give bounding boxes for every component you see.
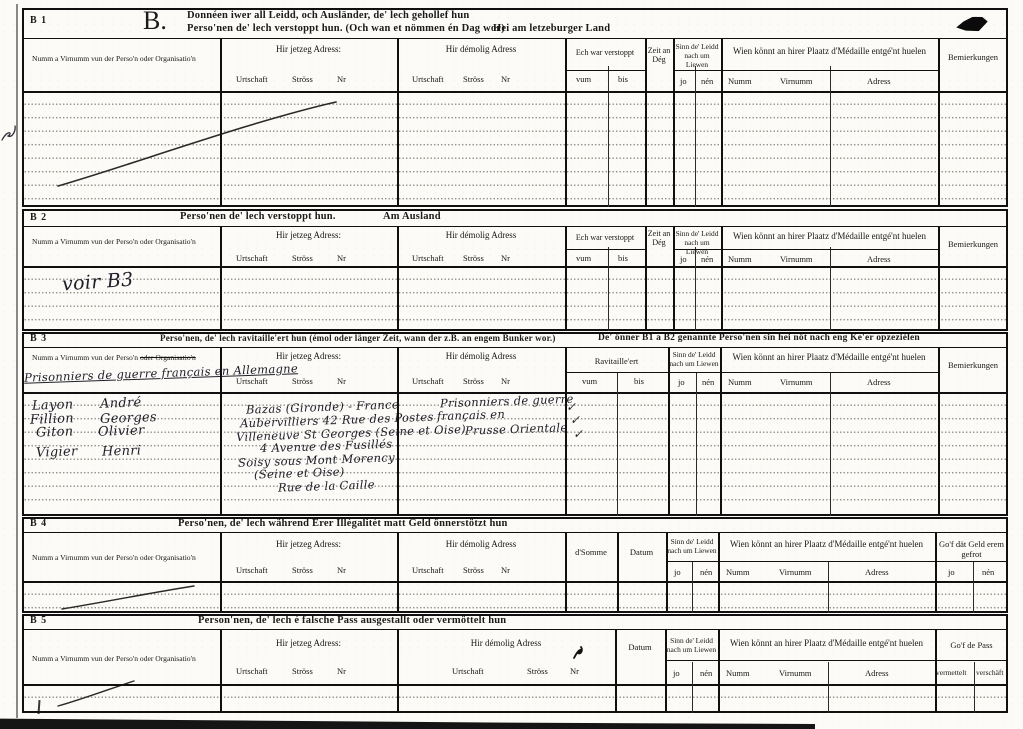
subcol-stross: Ströss (527, 666, 548, 676)
grid-line (565, 70, 645, 71)
subcol-vermettelt: vermettelt (936, 668, 966, 677)
col-header-former-address: Hir démolig Adress (397, 638, 615, 648)
col-header-remarks: Bemierkungen (938, 360, 1008, 370)
col-header-medaille: Wien könnt an hirer Plaatz d'Médaille en… (721, 46, 938, 56)
subcol-nen: nén (700, 567, 712, 577)
grid-line (608, 66, 609, 207)
name-header-plain: Numm a Virnumm vun der Perso'n (32, 353, 138, 362)
subcol-nen: nén (982, 567, 994, 577)
grid-line (828, 662, 829, 713)
subcol-nr: Nr (570, 666, 579, 676)
grid-line (22, 581, 1008, 583)
col-header-name: Numm a Virnumm vun der Perso'n oder Orga… (32, 54, 196, 63)
subcol-urtschaft: Urtschaft (236, 253, 268, 263)
subcol-numm: Numm (728, 254, 752, 264)
grid-line (828, 561, 829, 613)
grid-line (695, 66, 696, 207)
section-title-part2: De' önner B1 a B2 genannte Perso'nen sin… (598, 333, 920, 343)
subcol-nr: Nr (337, 666, 346, 676)
ruled-rows (24, 268, 1006, 327)
subcol-nr: Nr (337, 253, 346, 263)
section-b4: B 4 Perso'nen, de' lech während Erer Ill… (22, 517, 1010, 613)
subcol-stross: Ströss (292, 376, 313, 386)
grid-line (673, 70, 721, 71)
grid-line (220, 226, 222, 331)
subcol-nen: nén (702, 377, 714, 387)
subcol-urtschaft: Urtschaft (236, 74, 268, 84)
grid-line (397, 532, 399, 613)
grid-line (645, 226, 647, 331)
grid-line (608, 247, 609, 331)
grid-line (22, 332, 24, 516)
grid-line (696, 372, 697, 516)
section-title: Person'nen, de' lech é falsche Pass ausg… (198, 615, 506, 626)
grid-line (22, 614, 24, 713)
grid-line (718, 561, 935, 562)
col-header-current-address: Hir jetzeg Adress: (220, 638, 397, 648)
section-b5: B 5 Person'nen, de' lech é falsche Pass … (22, 614, 1010, 713)
grid-line (397, 629, 399, 713)
grid-line (22, 329, 1008, 331)
grid-line (22, 684, 1008, 686)
grid-line (617, 532, 619, 613)
col-header-name: Numm a Virnumm vun der Perso'n oder Orga… (32, 237, 196, 246)
col-header-datum: Datum (617, 547, 666, 557)
margin-handwriting-mark (0, 116, 18, 146)
subcol-virnumm: Virnumm (780, 254, 813, 264)
grid-line (830, 247, 831, 331)
grid-line (565, 38, 567, 207)
subcol-jo: jo (674, 567, 681, 577)
col-header-ravitailleert: Ravitaille'ert (565, 356, 668, 366)
grid-line (22, 266, 1008, 268)
grid-line (397, 347, 399, 516)
entry-firstname: André (100, 395, 142, 411)
section-title: Perso'nen, de' lech während Erer Illégal… (178, 518, 508, 529)
grid-line (665, 660, 718, 661)
subcol-urtschaft: Urtschaft (236, 565, 268, 575)
grid-line (1006, 614, 1008, 713)
grid-line (22, 8, 1008, 10)
section-title-part1: Perso'nen, de' lech ravitaille'ert hun (… (160, 333, 556, 343)
section-id: B 1 (30, 15, 47, 26)
col-header-zeit: Zeit an Dég (645, 46, 673, 64)
subcol-numm: Numm (726, 668, 750, 678)
col-header-remarks: Bemierkungen (938, 239, 1008, 249)
subcol-stross: Ströss (463, 376, 484, 386)
grid-line (397, 38, 399, 207)
grid-line (692, 662, 693, 713)
col-header-alive: Sinn de' Leidd nach um Liewen (668, 350, 720, 368)
grid-line (666, 532, 668, 613)
subcol-urtschaft: Urtschaft (236, 376, 268, 386)
grid-line (718, 660, 935, 661)
subcol-jo: jo (680, 254, 687, 264)
section-id: B 3 (30, 333, 47, 344)
subcol-jo: jo (948, 567, 955, 577)
grid-line (220, 347, 222, 516)
subcol-bis: bis (618, 253, 628, 263)
page-edge-line (16, 4, 18, 718)
subcol-adress: Adress (867, 76, 891, 86)
subcol-numm: Numm (728, 377, 752, 387)
grid-line (22, 614, 1008, 616)
subcol-stross: Ströss (292, 666, 313, 676)
subcol-nr: Nr (501, 74, 510, 84)
ruled-rows (24, 394, 1006, 512)
entry-checkmark: ✓ (570, 413, 581, 427)
entry-checkmark: ✓ (573, 427, 584, 441)
grid-line (22, 226, 1008, 227)
section-title-location: Am Ausland (383, 211, 441, 222)
col-header-current-address: Hir jetzeg Adress: (220, 230, 397, 240)
subcol-urtschaft: Urtschaft (452, 666, 484, 676)
grid-line (22, 611, 1008, 613)
grid-line (22, 517, 24, 613)
subcol-jo: jo (673, 668, 680, 678)
grid-line (1006, 8, 1008, 207)
section-title-location: Hei am letzeburger Land (493, 23, 610, 34)
grid-line (673, 38, 675, 207)
grid-line (22, 332, 1008, 334)
subcol-vum: vum (582, 376, 597, 386)
grid-line (938, 38, 940, 207)
grid-line (721, 70, 938, 71)
grid-line (935, 629, 937, 713)
subcol-virnumm: Virnumm (779, 668, 812, 678)
subcol-bis: bis (634, 376, 644, 386)
grid-line (668, 372, 720, 373)
crossed-out-stroke (52, 676, 142, 710)
section-b1: B 1 B. Donnéen iwer all Leidd, och Auslä… (22, 8, 1010, 207)
subcol-nr: Nr (337, 565, 346, 575)
subcol-verschaft: verschäft (976, 668, 1003, 677)
col-header-datum: Datum (615, 642, 665, 652)
col-header-name: Numm a Virnumm vun der Perso'n oder Orga… (32, 553, 196, 562)
subcol-bis: bis (618, 74, 628, 84)
ruled-rows (24, 686, 1006, 709)
col-header-hidden: Ech war verstoppt (565, 48, 645, 57)
subcol-stross: Ströss (292, 565, 313, 575)
section-title-line1: Donnéen iwer all Leidd, och Ausländer, d… (187, 10, 469, 21)
grid-line (565, 226, 567, 331)
grid-line (22, 392, 1008, 394)
section-title: Perso'nen de' lech verstoppt hun. (180, 211, 336, 222)
grid-line (695, 247, 696, 331)
grid-line (22, 205, 1008, 207)
entry-surname: Vigier (36, 444, 78, 460)
grid-line (22, 347, 1008, 348)
col-header-gof-geld: Go'f dät Geld erem gefrot (935, 539, 1008, 559)
grid-line (935, 532, 937, 613)
subcol-jo: jo (680, 76, 687, 86)
col-header-zeit: Zeit an Dég (645, 229, 673, 247)
subcol-adress: Adress (867, 254, 891, 264)
grid-line (935, 561, 1008, 562)
col-header-hidden: Ech war verstoppt (565, 233, 645, 242)
grid-line (935, 660, 1008, 661)
crossed-out-stroke (48, 94, 348, 194)
grid-line (615, 629, 617, 713)
subcol-urtschaft: Urtschaft (412, 376, 444, 386)
grid-line (220, 38, 222, 207)
grid-line (645, 38, 647, 207)
section-id: B 4 (30, 518, 47, 529)
subcol-nen: nén (701, 254, 713, 264)
subcol-jo: jo (678, 377, 685, 387)
grid-line (1006, 517, 1008, 613)
col-header-current-address: Hir jetzeg Adress: (220, 539, 397, 549)
grid-line (938, 226, 940, 331)
grid-line (22, 8, 24, 207)
subcol-virnumm: Virnumm (779, 567, 812, 577)
grid-line (720, 372, 938, 373)
subcol-stross: Ströss (463, 74, 484, 84)
col-header-medaille: Wien könnt an hirer Plaatz d'Médaille en… (721, 231, 938, 241)
grid-line (938, 347, 940, 516)
subcol-urtschaft: Urtschaft (412, 253, 444, 263)
col-header-former-address: Hir démolig Adress (397, 230, 565, 240)
grid-line (974, 662, 975, 713)
col-header-alive: Sinn de' Leidd nach um Liewen (665, 636, 718, 654)
section-b2: B 2 Perso'nen de' lech verstoppt hun. Am… (22, 209, 1010, 331)
grid-line (22, 711, 1008, 713)
grid-line (721, 226, 723, 331)
grid-line (397, 226, 399, 331)
grid-line (673, 249, 721, 250)
grid-line (565, 532, 567, 613)
col-header-medaille: Wien könnt an hirer Plaatz d'Médaille en… (718, 539, 935, 549)
col-header-former-address: Hir démolig Adress (397, 351, 565, 361)
subcol-urtschaft: Urtschaft (236, 666, 268, 676)
subcol-numm: Numm (728, 76, 752, 86)
subcol-nen: nén (700, 668, 712, 678)
subcol-vum: vum (576, 74, 591, 84)
entry-firstname: Olivier (98, 423, 145, 440)
entry-former-address: français en (437, 407, 506, 423)
grid-line (830, 372, 831, 516)
subcol-numm: Numm (726, 567, 750, 577)
section-title-line2: Perso'nen de' lech verstoppt hun. (Och w… (187, 23, 505, 34)
grid-line (673, 226, 675, 331)
grid-line (830, 66, 831, 207)
col-header-name: Numm a Virnumm vun der Perso'n oder Orga… (32, 654, 196, 663)
section-id: B 2 (30, 212, 47, 223)
col-header-alive: Sinn de' Leidd nach um Liewen (666, 537, 718, 555)
grid-line (617, 372, 618, 516)
grid-line (22, 532, 1008, 533)
subcol-urtschaft: Urtschaft (412, 74, 444, 84)
subcol-adress: Adress (867, 377, 891, 387)
grid-line (22, 209, 24, 331)
subcol-adress: Adress (865, 567, 889, 577)
col-header-current-address: Hir jetzeg Adress: (220, 351, 397, 361)
name-header-struck: oder Organisatio'n (140, 353, 196, 362)
grid-line (22, 91, 1008, 93)
entry-firstname: Henri (102, 443, 142, 459)
grid-line (22, 514, 1008, 516)
grid-line (22, 517, 1008, 519)
col-header-former-address: Hir démolig Adress (397, 44, 565, 54)
col-header-current-address: Hir jetzeg Adress: (220, 44, 397, 54)
big-letter-b: B. (143, 6, 167, 36)
col-header-former-address: Hir démolig Adress (397, 539, 565, 549)
col-header-remarks: Bemierkungen (938, 52, 1008, 62)
subcol-urtschaft: Urtschaft (412, 565, 444, 575)
scanned-form-page: B 1 B. Donnéen iwer all Leidd, och Auslä… (0, 0, 1023, 729)
col-header-name: Numm a Virnumm vun der Perso'n oder Orga… (32, 353, 196, 362)
col-header-medaille: Wien könnt an hirer Plaatz d'Médaille en… (718, 638, 935, 648)
section-b3: B 3 Perso'nen, de' lech ravitaille'ert h… (22, 332, 1010, 516)
grid-line (22, 209, 1008, 211)
grid-line (220, 532, 222, 613)
col-header-somme: d'Somme (565, 547, 617, 557)
col-header-medaille: Wien könnt an hirer Plaatz d'Médaille en… (720, 352, 938, 362)
grid-line (1006, 332, 1008, 516)
subcol-nen: nén (701, 76, 713, 86)
subcol-stross: Ströss (463, 565, 484, 575)
subcol-stross: Ströss (292, 253, 313, 263)
grid-line (718, 532, 720, 613)
grid-line (1006, 209, 1008, 331)
grid-line (22, 629, 1008, 630)
grid-line (692, 561, 693, 613)
subcol-virnumm: Virnumm (780, 377, 813, 387)
subcol-stross: Ströss (292, 74, 313, 84)
subcol-nr: Nr (501, 376, 510, 386)
subcol-vum: vum (576, 253, 591, 263)
grid-line (665, 629, 667, 713)
grid-line (721, 38, 723, 207)
scan-bottom-shadow (0, 716, 815, 729)
grid-line (666, 561, 718, 562)
grid-line (220, 629, 222, 713)
subcol-nr: Nr (501, 565, 510, 575)
col-header-alive: Sinn de' Leidd nach um Liewen (673, 229, 721, 256)
subcol-nr: Nr (337, 376, 346, 386)
col-header-gof-pass: Go'f de Pass (935, 640, 1008, 650)
entry-surname: Giton (36, 424, 74, 440)
subcol-nr: Nr (337, 74, 346, 84)
grid-line (565, 249, 645, 250)
subcol-nr: Nr (501, 253, 510, 263)
subcol-stross: Ströss (463, 253, 484, 263)
crossed-out-stroke (56, 583, 201, 613)
grid-line (721, 249, 938, 250)
col-header-alive: Sinn de' Leidd nach um Liewen (673, 42, 721, 69)
grid-line (22, 38, 1008, 39)
grid-line (565, 372, 668, 373)
grid-line (718, 629, 720, 713)
section-id: B 5 (30, 615, 47, 626)
subcol-adress: Adress (865, 668, 889, 678)
grid-line (973, 561, 974, 613)
subcol-virnumm: Virnumm (780, 76, 813, 86)
